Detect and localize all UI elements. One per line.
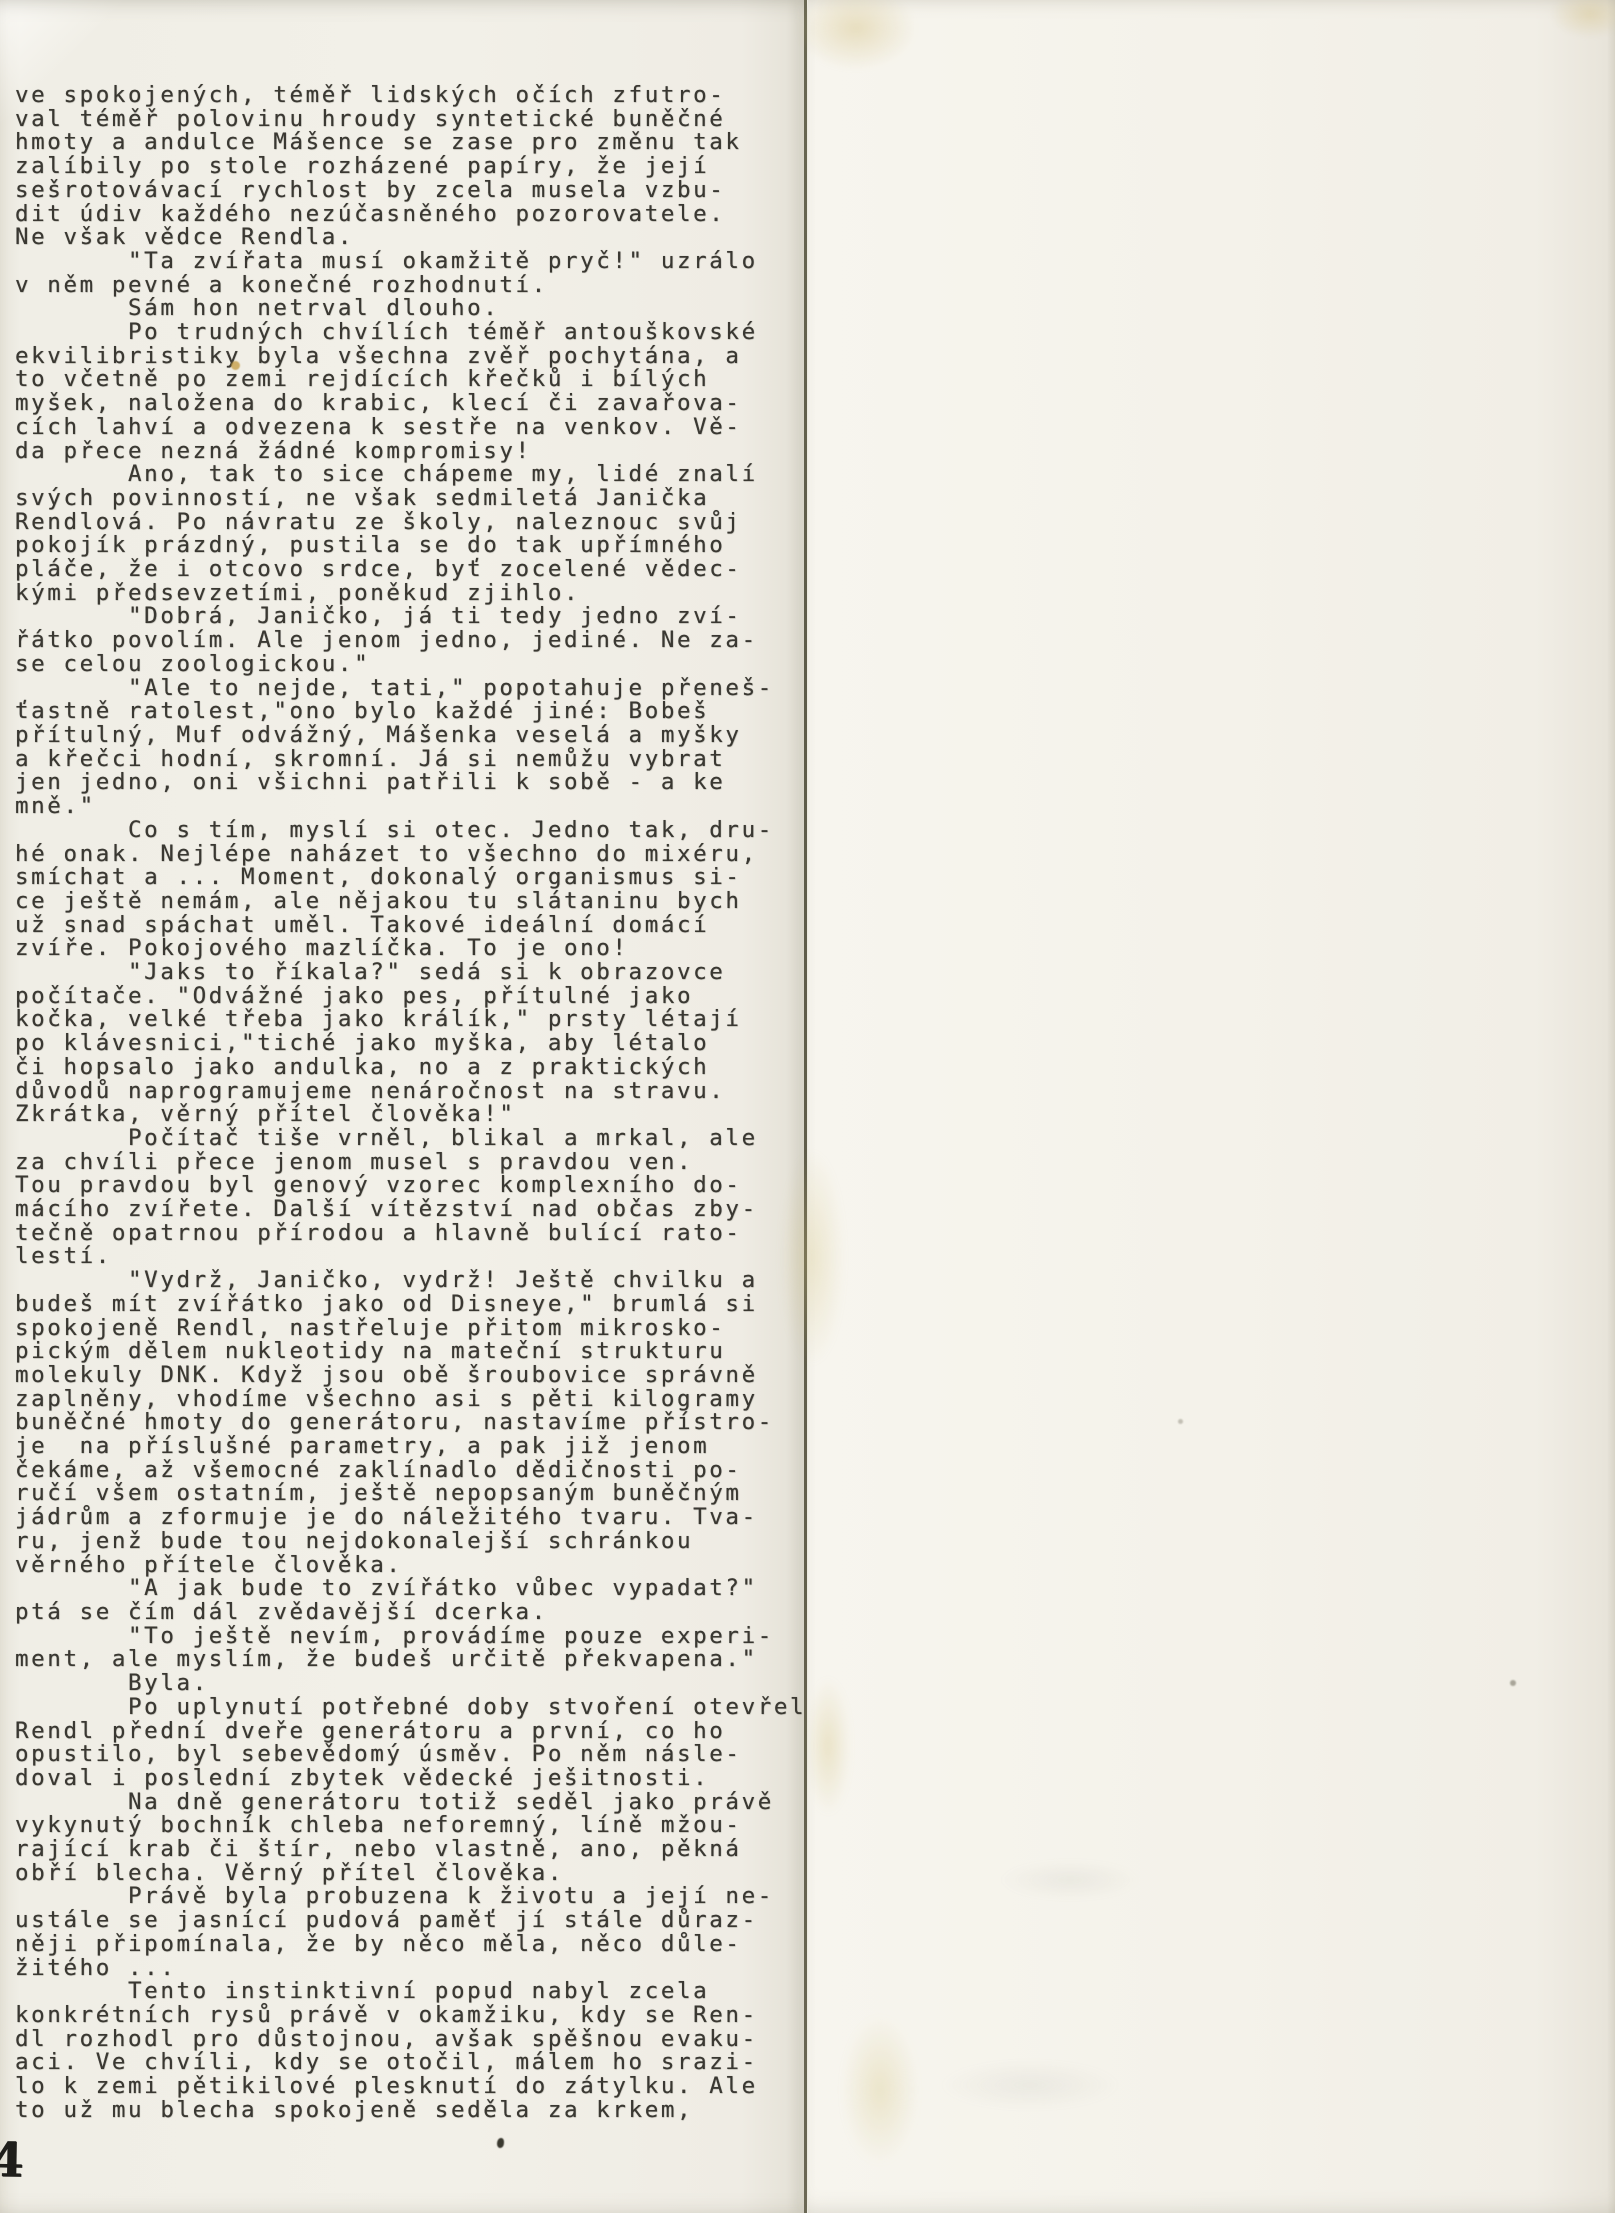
right-page: připomínajíc ne příliš půvabný hrb či zp… xyxy=(808,0,1615,2213)
left-page-text: ve spokojených, téměř lidských očích zfu… xyxy=(15,84,806,2122)
page-fold-line xyxy=(804,0,807,2213)
left-page: ve spokojených, téměř lidských očích zfu… xyxy=(0,0,805,2213)
scanned-document: ve spokojených, téměř lidských očích zfu… xyxy=(0,0,1615,2213)
page-number: 4 xyxy=(0,2133,24,2189)
